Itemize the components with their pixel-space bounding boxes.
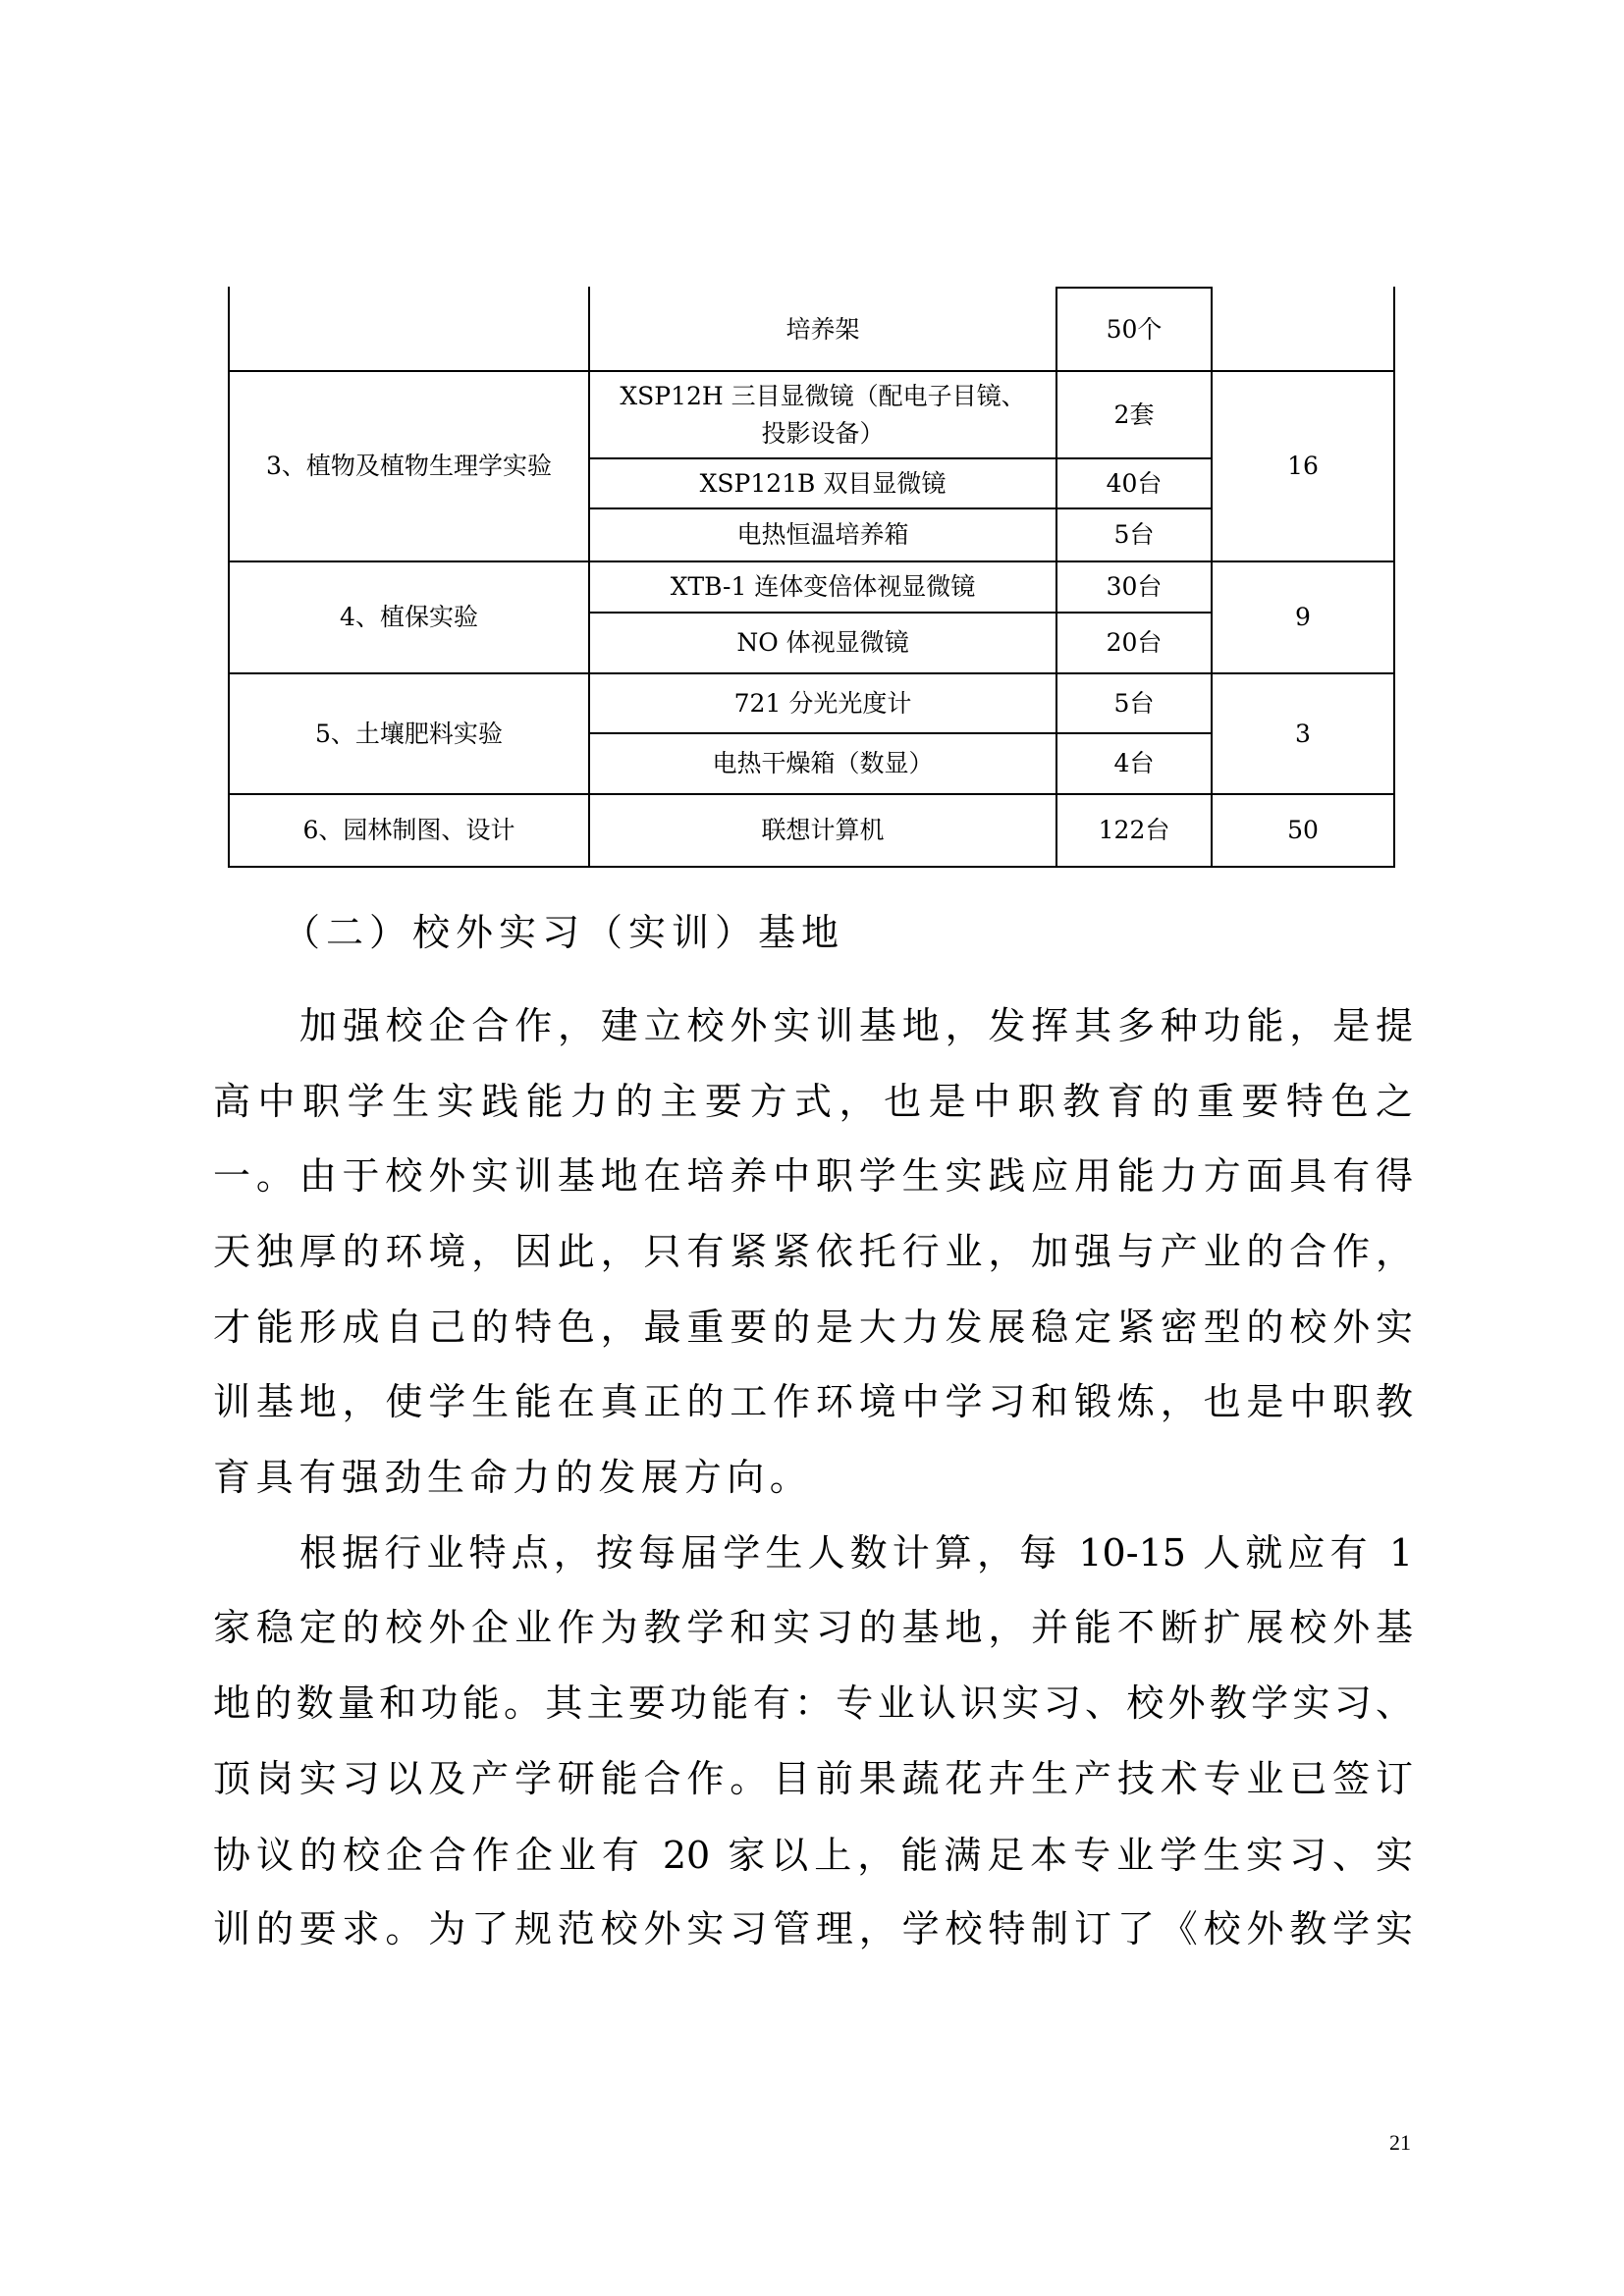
table-cell-quantity: 50个 — [1057, 289, 1211, 370]
table-cell-quantity: 2套 — [1057, 372, 1211, 457]
table-cell-equipment: XTB-1 连体变倍体视显微镜 — [590, 562, 1056, 612]
table-cell-quantity: 5台 — [1057, 509, 1211, 561]
table-cell-stations: 50 — [1213, 795, 1393, 866]
table-cell-equipment: 电热干燥箱（数显） — [590, 734, 1056, 793]
table-cell-equipment: 培养架 — [590, 289, 1056, 370]
paragraph-line: 家稳定的校外企业作为教学和实习的基地，并能不断扩展校外基 — [213, 1603, 1413, 1652]
paragraph-line: 才能形成自己的特色，最重要的是大力发展稳定紧密型的校外实 — [213, 1303, 1413, 1352]
table-cell-equipment: NO 体视显微镜 — [590, 614, 1056, 672]
table-cell-quantity: 122台 — [1057, 795, 1211, 866]
table-cell-equipment: 电热恒温培养箱 — [590, 509, 1056, 561]
section-heading: （二）校外实习（实训）基地 — [283, 908, 844, 957]
paragraph-line: 根据行业特点，按每届学生人数计算，每 10-15 人就应有 1 — [299, 1528, 1413, 1577]
paragraph-line: 地的数量和功能。其主要功能有：专业认识实习、校外教学实习、 — [213, 1679, 1413, 1728]
table-cell-lab: 3、植物及植物生理学实验 — [230, 372, 588, 561]
table-cell-lab: 4、植保实验 — [230, 562, 588, 672]
table-cell-stations: 9 — [1213, 562, 1393, 672]
table-cell-equipment: 联想计算机 — [590, 795, 1056, 866]
paragraph-line: 加强校企合作，建立校外实训基地，发挥其多种功能，是提 — [299, 1001, 1413, 1050]
table-cell-quantity: 4台 — [1057, 734, 1211, 793]
paragraph-line: 协议的校企合作企业有 20 家以上，能满足本专业学生实习、实 — [213, 1831, 1413, 1880]
table-border-bottom — [228, 866, 1395, 868]
table-cell-lab: 5、土壤肥料实验 — [230, 674, 588, 793]
table-border-right — [1393, 287, 1395, 868]
paragraph-line: 一。由于校外实训基地在培养中职学生实践应用能力方面具有得 — [213, 1151, 1413, 1201]
table-cell-quantity: 30台 — [1057, 562, 1211, 612]
table-cell-equipment: XSP12H 三目显微镜（配电子目镜、 投影设备） — [590, 372, 1056, 457]
table-cell-quantity: 5台 — [1057, 674, 1211, 732]
table-cell-equipment: 721 分光光度计 — [590, 674, 1056, 732]
table-cell-lab: 6、园林制图、设计 — [230, 795, 588, 866]
paragraph-line: 高中职学生实践能力的主要方式，也是中职教育的重要特色之 — [213, 1077, 1413, 1126]
table-cell-equipment: XSP121B 双目显微镜 — [590, 459, 1056, 507]
document-page: 培养架 50个 3、植物及植物生理学实验 XSP12H 三目显微镜（配电子目镜、… — [0, 0, 1624, 2296]
paragraph-line: 训的要求。为了规范校外实习管理，学校特制订了《校外教学实 — [213, 1904, 1413, 1953]
paragraph-line: 育具有强劲生命力的发展方向。 — [213, 1453, 1413, 1502]
table-cell-stations: 16 — [1213, 372, 1393, 561]
table-cell-quantity: 40台 — [1057, 459, 1211, 507]
paragraph-line: 天独厚的环境，因此，只有紧紧依托行业，加强与产业的合作， — [213, 1227, 1413, 1276]
table-cell-quantity: 20台 — [1057, 614, 1211, 672]
paragraph-line: 顶岗实习以及产学研能合作。目前果蔬花卉生产技术专业已签订 — [213, 1754, 1413, 1803]
page-number: 21 — [1389, 2130, 1411, 2156]
table-cell-stations: 3 — [1213, 674, 1393, 793]
equipment-table: 培养架 50个 3、植物及植物生理学实验 XSP12H 三目显微镜（配电子目镜、… — [0, 0, 1624, 883]
paragraph-line: 训基地，使学生能在真正的工作环境中学习和锻炼，也是中职教 — [213, 1377, 1413, 1426]
